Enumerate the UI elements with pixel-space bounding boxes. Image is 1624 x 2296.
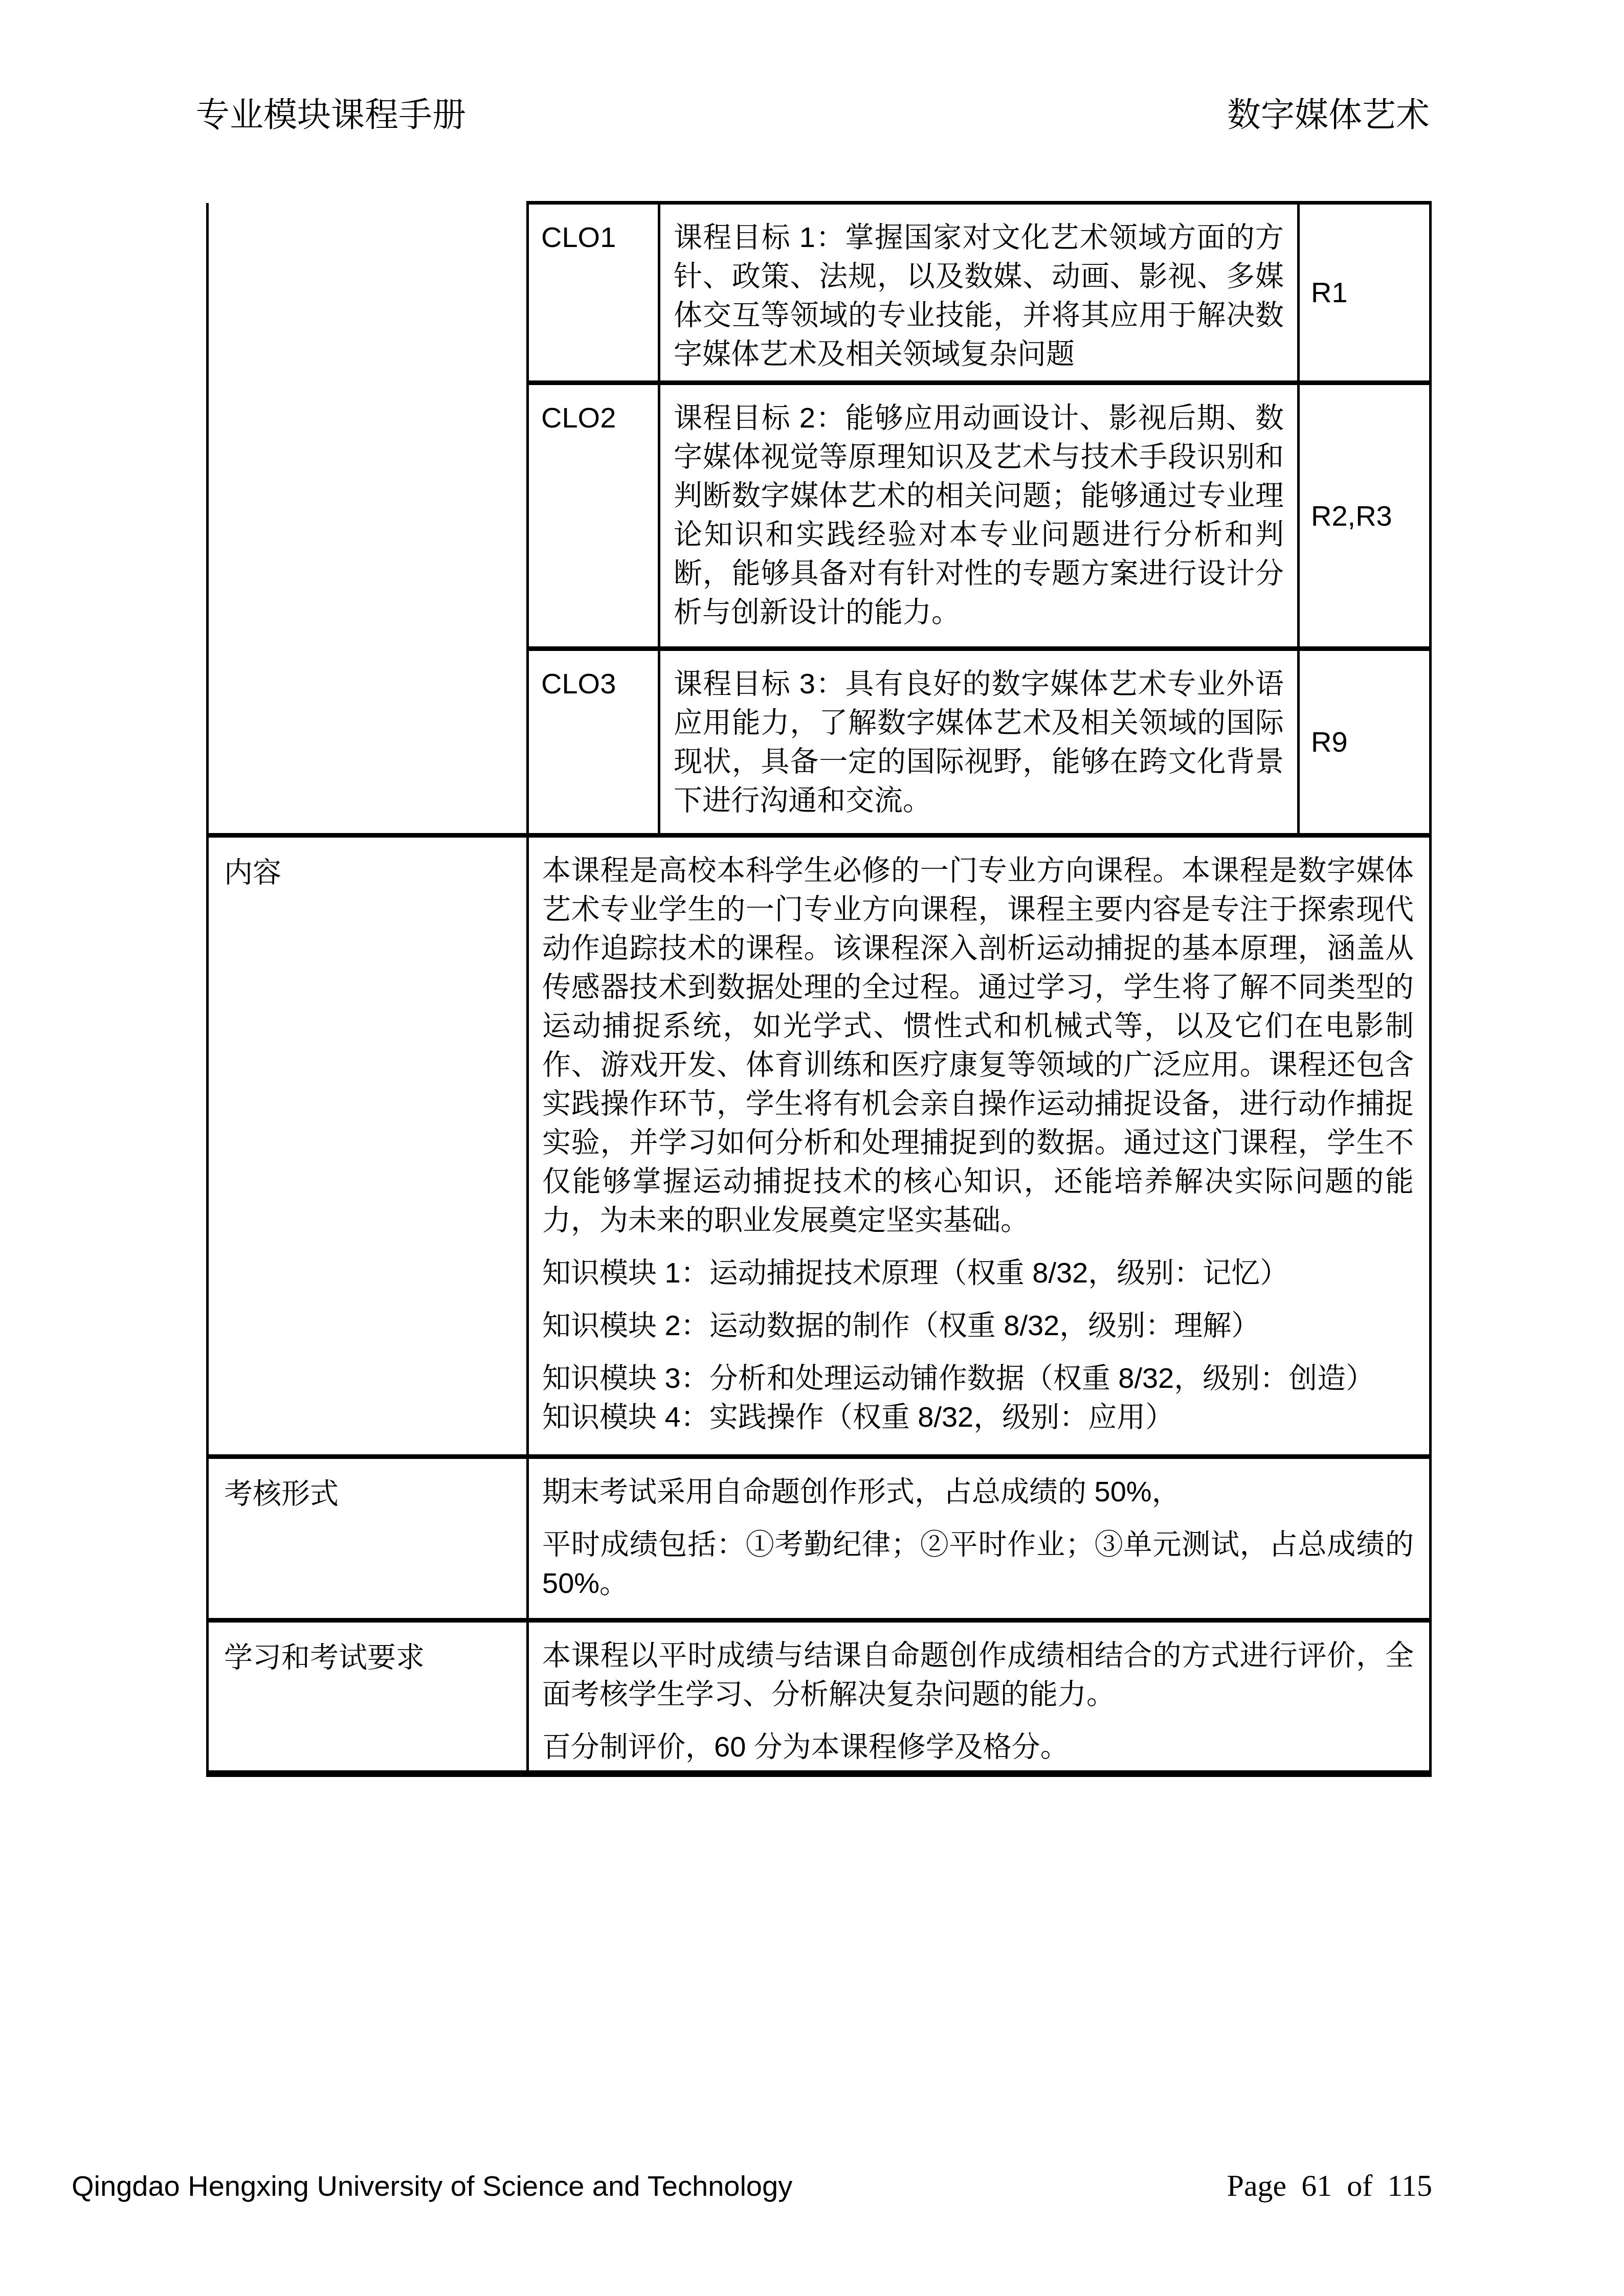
- clo3-id-cell: CLO3: [528, 649, 659, 836]
- clo2-text-cell: 课程目标 2：能够应用动画设计、影视后期、数字媒体视觉等原理知识及艺术与技术手段…: [659, 383, 1299, 649]
- page-footer: Qingdao Hengxing University of Science a…: [72, 2167, 1432, 2204]
- header-left-title: 专业模块课程手册: [196, 95, 466, 135]
- content-body-cell: 本课程是高校本科学生必修的一门专业方向课程。本课程是数字媒体艺术专业学生的一门专…: [528, 836, 1431, 1457]
- header-right-title: 数字媒体艺术: [1227, 95, 1430, 135]
- content-label-cell: 内容: [208, 836, 528, 1457]
- clo1-text-cell: 课程目标 1：掌握国家对文化艺术领域方面的方针、政策、法规，以及数媒、动画、影视…: [659, 203, 1299, 383]
- table-row-clo1: CLO1 课程目标 1：掌握国家对文化艺术领域方面的方针、政策、法规，以及数媒、…: [208, 203, 1431, 383]
- footer-university-name: Qingdao Hengxing University of Science a…: [72, 2169, 792, 2203]
- assessment-line: 平时成绩包括：①考勤纪律；②平时作业；③单元测试，占总成绩的 50%。: [542, 1525, 1414, 1603]
- table-row-requirements: 学习和考试要求 本课程以平时成绩与结课自命题创作成绩相结合的方式进行评价，全面考…: [208, 1620, 1431, 1774]
- clo3-text-cell: 课程目标 3：具有良好的数字媒体艺术专业外语应用能力，了解数字媒体艺术及相关领域…: [659, 649, 1299, 836]
- requirements-body-cell: 本课程以平时成绩与结课自命题创作成绩相结合的方式进行评价，全面考核学生学习、分析…: [528, 1620, 1431, 1774]
- content-description-paragraph: 本课程是高校本科学生必修的一门专业方向课程。本课程是数字媒体艺术专业学生的一门专…: [542, 851, 1414, 1240]
- footer-page-number: Page 61 of 115: [1227, 2167, 1432, 2204]
- assessment-body-cell: 期末考试采用自命题创作形式，占总成绩的 50%， 平时成绩包括：①考勤纪律；②平…: [528, 1457, 1431, 1620]
- knowledge-module-line: 知识模块 3：分析和处理运动铺作数据（权重 8/32，级别：创造）: [542, 1359, 1414, 1398]
- assessment-line: 期末考试采用自命题创作形式，占总成绩的 50%，: [542, 1472, 1414, 1511]
- table-row-assessment: 考核形式 期末考试采用自命题创作形式，占总成绩的 50%， 平时成绩包括：①考勤…: [208, 1457, 1431, 1620]
- requirements-line: 本课程以平时成绩与结课自命题创作成绩相结合的方式进行评价，全面考核学生学习、分析…: [542, 1636, 1414, 1714]
- table-row-content: 内容 本课程是高校本科学生必修的一门专业方向课程。本课程是数字媒体艺术专业学生的…: [208, 836, 1431, 1457]
- clo1-id-cell: CLO1: [528, 203, 659, 383]
- requirements-line: 百分制评价，60 分为本课程修学及格分。: [542, 1727, 1414, 1766]
- knowledge-module-line: 知识模块 2：运动数据的制作（权重 8/32，级别：理解）: [542, 1306, 1414, 1345]
- clo3-mapping-cell: R9: [1299, 649, 1431, 836]
- clo2-id-cell: CLO2: [528, 383, 659, 649]
- requirements-label-cell: 学习和考试要求: [208, 1620, 528, 1774]
- document-page: 专业模块课程手册 数字媒体艺术 CLO1 课程目标 1：掌握国家对文化艺术领域方…: [0, 0, 1624, 2296]
- knowledge-module-line: 知识模块 4：实践操作（权重 8/32，级别：应用）: [542, 1398, 1414, 1436]
- clo1-mapping-cell: R1: [1299, 203, 1431, 383]
- clo2-mapping-cell: R2,R3: [1299, 383, 1431, 649]
- continuation-empty-cell: [208, 203, 528, 836]
- course-info-table: CLO1 课程目标 1：掌握国家对文化艺术领域方面的方针、政策、法规，以及数媒、…: [206, 201, 1432, 1777]
- knowledge-module-line: 知识模块 1：运动捕捉技术原理（权重 8/32，级别：记忆）: [542, 1253, 1414, 1292]
- page-header: 专业模块课程手册 数字媒体艺术: [196, 95, 1430, 135]
- assessment-label-cell: 考核形式: [208, 1457, 528, 1620]
